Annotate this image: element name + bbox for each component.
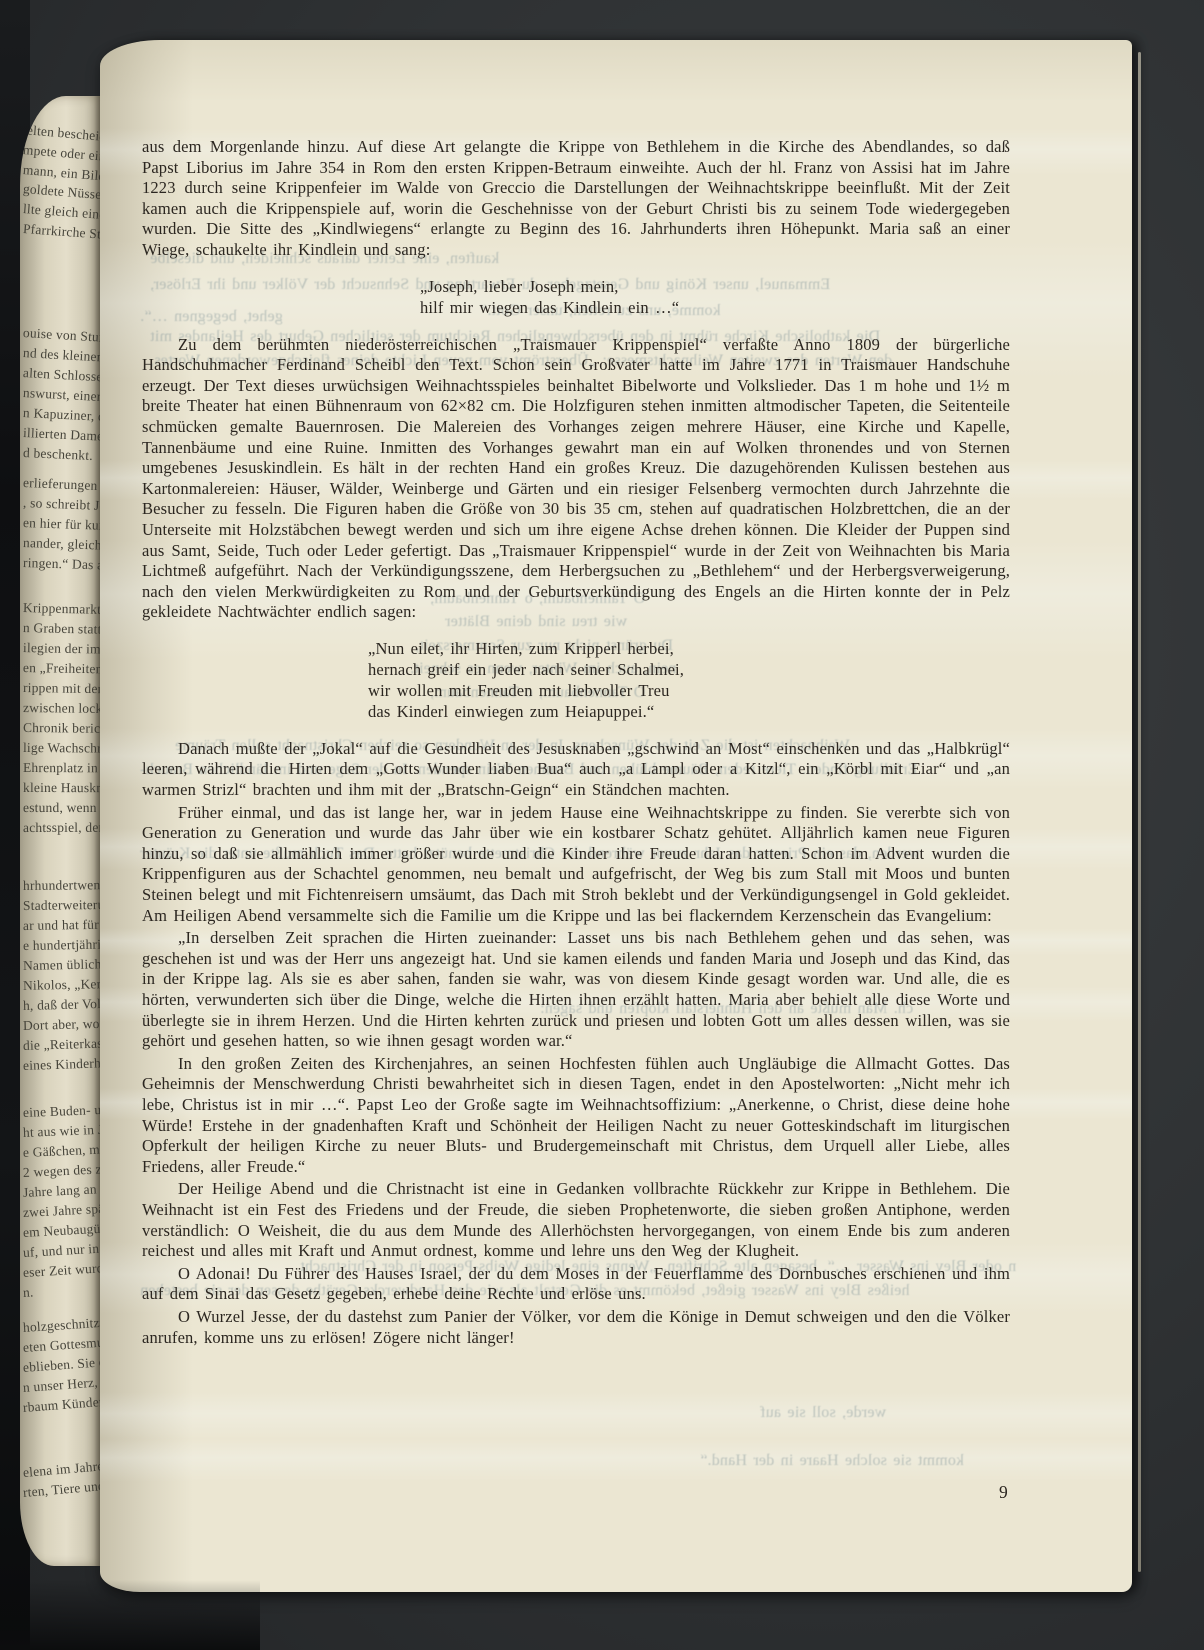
paragraph: aus dem Morgenlande hinzu. Auf diese Art… — [142, 137, 1010, 261]
verse-line: „Nun eilet, ihr Hirten, zum Kripperl her… — [368, 638, 1010, 659]
page-edge-text-fragment: en „Freiheiten“ der Stadt — [23, 660, 104, 678]
page-edge-text-fragment: 2 wegen des zunehmenden — [23, 1158, 104, 1181]
page-edge-text-fragment: n Graben statt und wurde — [23, 620, 104, 639]
page-edge-text-fragment: elena im Jahre 330. De — [22, 1454, 104, 1481]
page-edge-text-fragment: die „Reiterkaserne“; dahin — [23, 1034, 104, 1054]
page-edge-text-fragment: illierten Damenuhr, einen — [23, 425, 104, 448]
page-edge-text-fragment: Dort aber, wo die schönen — [23, 1014, 104, 1034]
page-edge-text-fragment: lige Wachschristkindlein — [23, 740, 104, 757]
page-edge-text-fragment: eines Kinderherzens. Der — [23, 1053, 104, 1074]
page-edge-text-fragment: erlieferungen der früheren — [23, 475, 104, 497]
book-scan: ielten bescheidene Gaben:mpete oder eine… — [0, 0, 1204, 1650]
paragraph: „In derselben Zeit sprachen die Hirten z… — [142, 928, 1010, 1052]
bleedthrough-text: werde, soll sie auf — [760, 1404, 886, 1422]
page-edge-text-fragment: e Gäßchen, mit Leinwand — [23, 1139, 104, 1161]
page-stack-edge — [1138, 52, 1141, 1572]
paragraph: Früher einmal, und das ist lange her, wa… — [142, 803, 1010, 927]
page-edge-text-fragment: hrhundertwende, bezeich- — [23, 877, 104, 894]
page-edge-text-fragment: holzgeschnitzten Lämm- — [22, 1311, 104, 1336]
page-edge-text-fragment: n. — [23, 1284, 34, 1301]
page-edge-text-fragment: ht aus wie in Japan; lauter — [23, 1119, 104, 1141]
paragraph: O Wurzel Jesse, der du dastehst zum Pani… — [142, 1307, 1010, 1348]
verse-line: „Joseph, lieber Joseph mein, — [420, 276, 1010, 297]
page-edge-text-fragment: zwei Jahre später bis 1938 — [23, 1197, 104, 1221]
page-edge-text-fragment: Jahre lang an dieser Stätte — [23, 1178, 104, 1201]
previous-page-edge: ielten bescheidene Gaben:mpete oder eine… — [20, 96, 104, 1566]
page-edge-text-fragment: em Neubaugürtel gewählt — [23, 1217, 104, 1241]
page-edge-text-fragment: Ehrenplatz in der guten — [23, 760, 104, 777]
verse-line: hernach greif ein jeder nach seiner Scha… — [368, 659, 1010, 680]
page-edge-text-fragment: ilegien der im Jahre 1296 — [23, 640, 104, 659]
page-edge-text-fragment: Stadterweiterungsgründen — [23, 896, 104, 914]
verse-line: wir wollen mit Freuden mit liebvoller Tr… — [368, 680, 1010, 701]
page-edge-text-fragment: kleine Hauskripplein mit — [23, 780, 104, 796]
page-edge-text-fragment: , so schreibt Josef Richter — [23, 495, 104, 516]
paragraph: Zu dem berühmten niederösterreichischen … — [142, 335, 1010, 623]
page-text: aus dem Morgenlande hinzu. Auf diese Art… — [142, 137, 1010, 1350]
page-edge-text-fragment: Pfarrkirche St. Nikola bei — [22, 221, 104, 247]
paragraph: Danach mußte der „Jokal“ auf die Gesundh… — [142, 739, 1010, 801]
paragraph: Der Heilige Abend und die Christnacht is… — [142, 1179, 1010, 1261]
verse: „Nun eilet, ihr Hirten, zum Kripperl her… — [368, 638, 1010, 722]
page-edge-text-fragment: ringen.“ Das alles erlangte — [23, 555, 104, 575]
bleedthrough-text: kommt sie solche Haare in der Hand.“ — [700, 1452, 964, 1470]
page-edge-text-fragment: eine Buden- und Zeltstadt — [23, 1099, 104, 1121]
paragraph: In den großen Zeiten des Kirchenjahres, … — [142, 1054, 1010, 1178]
page-edge-text-fragment: e hundertjährige Kalender- — [23, 935, 104, 954]
page-edge-text-fragment: Chronik berichtet: „Es — [23, 720, 104, 737]
page-edge-text-fragment: ar und hat für alle Namen — [23, 916, 104, 934]
page-edge-text-fragment: Krippenmarkt“ geheißen — [23, 600, 104, 619]
verse: „Joseph, lieber Joseph mein,hilf mir wie… — [420, 276, 1010, 318]
verse-line: hilf mir wiegen das Kindlein ein …“ — [420, 297, 1010, 318]
paragraph: O Adonai! Du Führer des Hauses Israel, d… — [142, 1264, 1010, 1305]
verse-line: das Kinderl einwiegen zum Heiapuppei.“ — [368, 701, 1010, 722]
page-edge-text-fragment: Namen üblich: „Bosnische — [23, 955, 104, 974]
page-edge-text-fragment: nander, gleich neben ihnen — [23, 535, 104, 556]
page-edge-text-fragment: uf, und nur in den Kriegs- — [23, 1237, 104, 1261]
page-edge-text-fragment: en hier für kurrente Ware — [23, 515, 104, 536]
page-edge-text-fragment: estund, wenn nichts da- — [23, 800, 104, 816]
page-edge-text-fragment: Nikolos, „Kerzelgäßchen“, — [23, 975, 104, 994]
page-number: 9 — [999, 1482, 1008, 1503]
page-edge-text-fragment: h, daß der Volksmund das — [23, 994, 104, 1014]
page-edge-text-fragment: zwischen lockten Zucker- — [23, 700, 104, 718]
page-edge-text-fragment: achtsspiel, dem nur noch — [23, 820, 104, 836]
book-page: kauften, eine Leiter daraus schneiden, u… — [100, 40, 1132, 1592]
page-edge-text-fragment: n Kapuziner, der in einer — [23, 405, 104, 428]
page-edge-text-fragment: d beschenkt. — [23, 445, 94, 464]
page-edge-text-fragment: rippen mit dem Jesulein, — [23, 680, 104, 698]
